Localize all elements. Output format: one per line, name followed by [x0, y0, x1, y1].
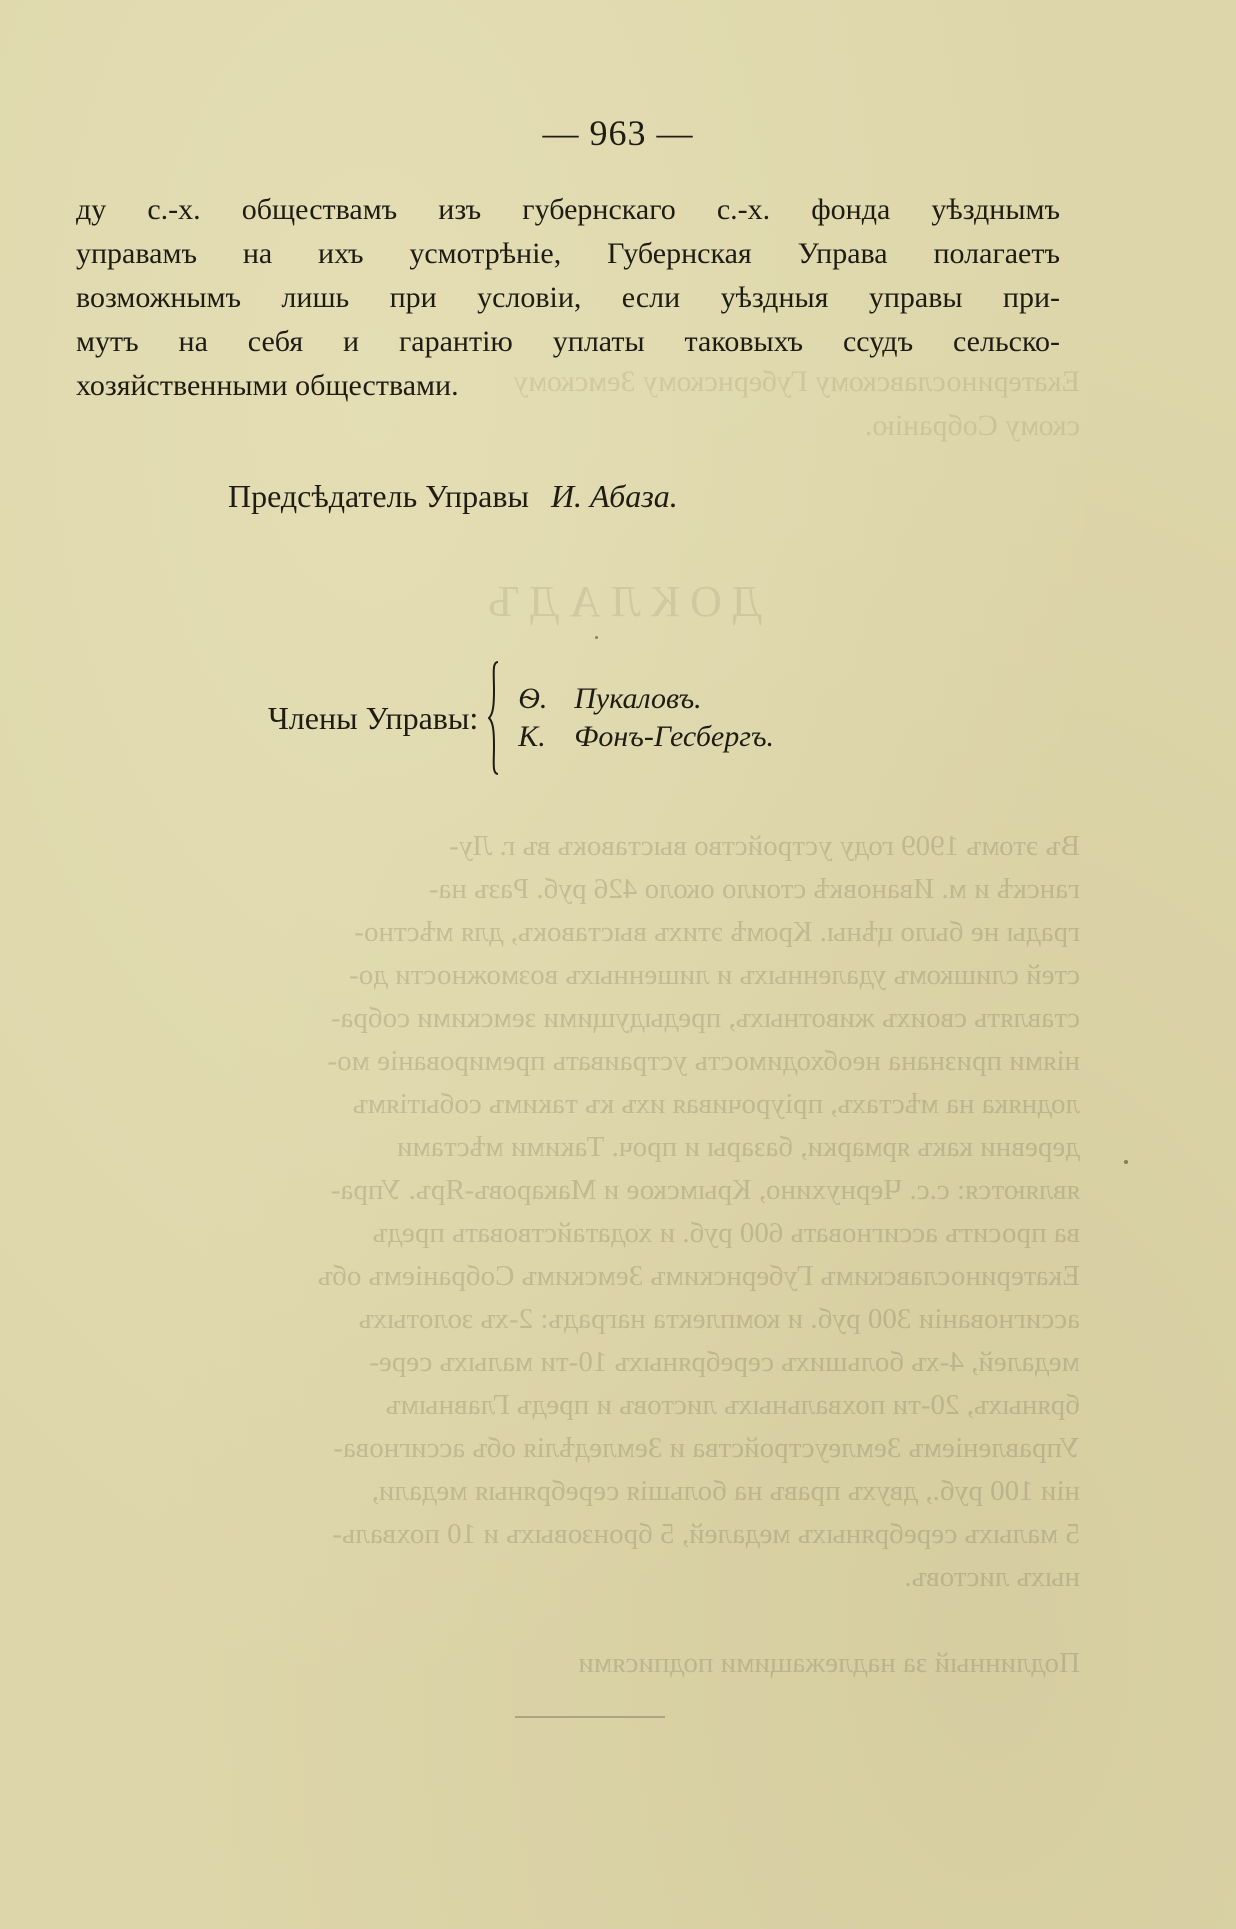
bleed-line: медалей, 4-хъ большихъ серебряныхъ 10-ти…	[80, 1341, 1080, 1384]
bleed-line: 5 малыхъ серебряныхъ медалей, 5 бронзовы…	[80, 1513, 1080, 1556]
bleed-line	[80, 1599, 1080, 1642]
page-number: — 963 —	[0, 112, 1236, 154]
bleed-line: Екатеринославскимъ Губернскимъ Земскимъ …	[80, 1255, 1080, 1298]
body-line: управамъ на ихъ усмотрѣніе, Губернская У…	[76, 232, 1060, 276]
member-list: Ѳ.Пукаловъ. К.Фонъ-Гесбергъ.	[518, 680, 774, 756]
bleed-through-body: Въ этомъ 1909 году устройство выставокъ …	[80, 825, 1080, 1685]
bleed-line: ассигнованіи 300 руб. и комплекта наград…	[80, 1298, 1080, 1341]
bleed-line: Управленіемъ Землеустройства и Земледѣлі…	[80, 1427, 1080, 1470]
bleed-line: бряныхъ, 20-ти похвальныхъ листовъ и пре…	[80, 1384, 1080, 1427]
chairman-name: И. Абаза.	[551, 478, 678, 514]
bleed-line: ніями признана необходимость устраивать …	[80, 1040, 1080, 1083]
bleed-line: лодняка на мѣстахъ, пріурочивая ихъ къ т…	[80, 1083, 1080, 1126]
paper-speck	[1124, 1160, 1128, 1164]
bleed-line: стей слишкомъ удаленныхъ и лишенныхъ воз…	[80, 954, 1080, 997]
document-page: Екатеринославскому Губернскому Земскому …	[0, 0, 1236, 1929]
chairman-signature: Предсѣдатель Управы И. Абаза.	[228, 478, 678, 515]
member-initial: К.	[518, 718, 574, 756]
member-initial: Ѳ.	[518, 680, 574, 718]
member-entry: К.Фонъ-Гесбергъ.	[518, 718, 774, 756]
members-label: Члены Управы:	[268, 700, 478, 737]
board-members-signature: Члены Управы: Ѳ.Пукаловъ. К.Фонъ-Гесберг…	[268, 660, 774, 776]
bleed-line: деревни какъ ярмарки, базары и проч. Так…	[80, 1126, 1080, 1169]
body-paragraph: ду с.-х. обществамъ изъ губернскаго с.-х…	[76, 188, 1060, 408]
body-line: мутъ на себя и гарантію уплаты таковыхъ …	[76, 320, 1060, 364]
member-surname: Фонъ-Гесбергъ.	[574, 720, 774, 753]
member-surname: Пукаловъ.	[574, 682, 701, 715]
curly-brace-icon	[488, 660, 500, 776]
bleed-line: ніи 100 руб., двухъ правъ на большія сер…	[80, 1470, 1080, 1513]
body-line: хозяйственными обществами.	[76, 364, 1060, 408]
bleed-line: ганскѣ и м. Ивановкѣ стоило около 426 ру…	[80, 868, 1080, 911]
bleed-line: Подлинный за надлежащими подписями	[80, 1642, 1080, 1685]
bleed-line: являются: с.с. Чернухино, Крымское и Мак…	[80, 1169, 1080, 1212]
body-line: ду с.-х. обществамъ изъ губернскаго с.-х…	[76, 188, 1060, 232]
member-entry: Ѳ.Пукаловъ.	[518, 680, 774, 718]
bleed-line: Въ этомъ 1909 году устройство выставокъ …	[80, 825, 1080, 868]
bleed-through-rule	[515, 1716, 665, 1718]
chairman-title: Предсѣдатель Управы	[228, 478, 529, 514]
bleed-line: ныхъ листовъ.	[80, 1556, 1080, 1599]
body-line: возможнымъ лишь при условіи, если уѣздны…	[76, 276, 1060, 320]
bleed-line: грады не было цѣны. Кромѣ этихъ выставок…	[80, 911, 1080, 954]
bleed-line: ва проситъ ассигновать 600 руб. и ходата…	[80, 1212, 1080, 1255]
bleed-line: скому Собранію.	[80, 404, 1080, 448]
paper-speck	[595, 636, 598, 639]
bleed-through-title: ДОКЛАДЪ	[220, 580, 1020, 623]
bleed-line: ставлять своихъ животныхъ, предыдущими з…	[80, 997, 1080, 1040]
